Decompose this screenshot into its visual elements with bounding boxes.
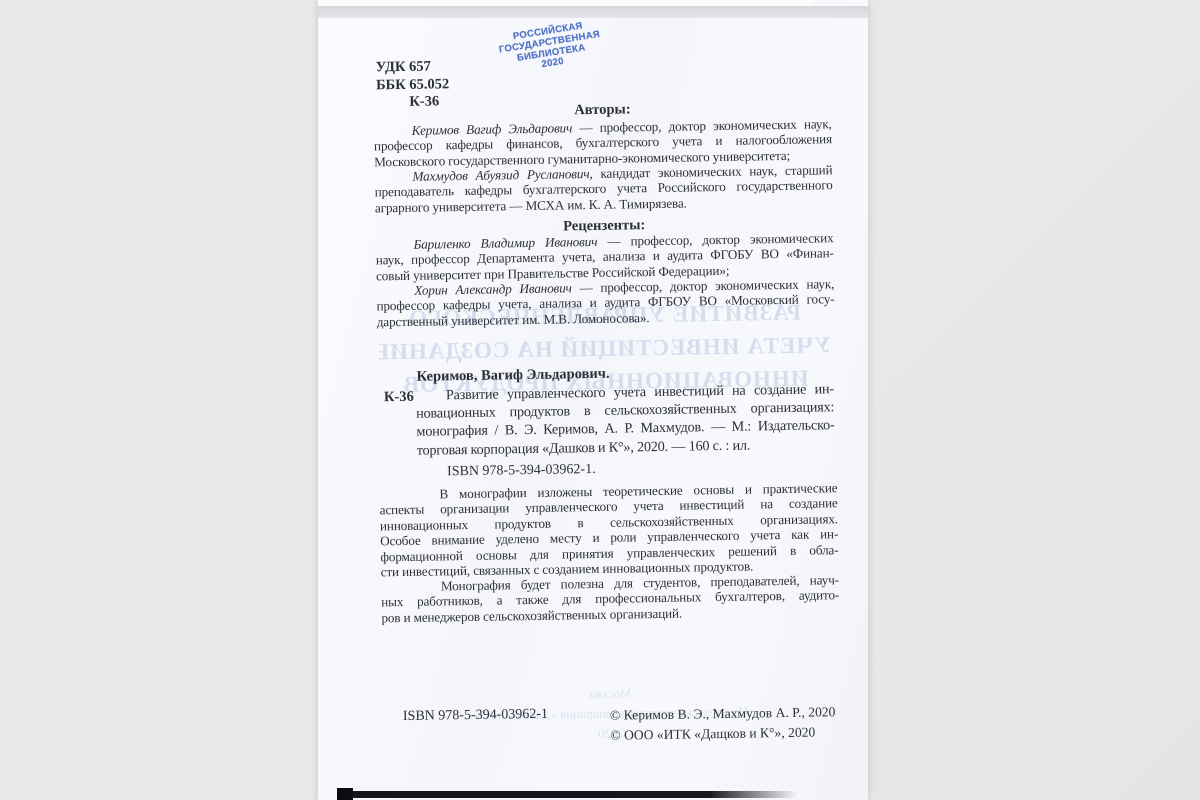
isbn-line: ISBN 978-5-394-03962-1.	[447, 462, 596, 480]
page-bottom-shadow	[340, 791, 802, 798]
annotation-paragraph: В монографии изложены теоретические осно…	[379, 480, 838, 580]
copyright-block: © Керимов В. Э., Махмудов А. Р., 2020 © …	[610, 702, 836, 746]
author-paragraph: Керимов Вагиф Эльдарович — профессор, до…	[374, 116, 833, 169]
bbk-code: ББК 65.052	[376, 76, 449, 95]
book-page: РАЗВИТИЕ УПРАВЛЕНЧЕСКОГО УЧЕТА ИНВЕСТИЦИ…	[318, 0, 868, 800]
page-content: РАЗВИТИЕ УПРАВЛЕНЧЕСКОГО УЧЕТА ИНВЕСТИЦИ…	[312, 0, 874, 800]
scan-background: РАЗВИТИЕ УПРАВЛЕНЧЕСКОГО УЧЕТА ИНВЕСТИЦИ…	[0, 0, 1200, 800]
library-stamp: РОССИЙСКАЯ ГОСУДАРСТВЕННАЯ БИБЛИОТЕКА 20…	[478, 16, 623, 80]
reviewer-paragraph: Бариленко Владимир Иванович — профессор,…	[375, 230, 834, 283]
catalog-author-heading: Керимов, Вагиф Эльдарович.	[416, 366, 609, 386]
annotation-paragraph: Монография будет полезна для студентов, …	[381, 572, 840, 625]
catalog-code: К-36	[384, 389, 414, 406]
copyright-line: © ООО «ИТК «Дащков и К°», 2020	[610, 722, 836, 746]
reviewer-paragraph: Хорин Александр Иванович — профессор, до…	[376, 276, 835, 329]
footer-isbn: ISBN 978-5-394-03962-1	[403, 707, 548, 725]
catalog-description: Развитие управленческого учета инвестици…	[416, 380, 835, 459]
page-bottom-notch	[337, 788, 353, 800]
author-paragraph: Махмудов Абуязид Русланович, кандидат эк…	[374, 162, 833, 215]
udk-code: УДК 657	[376, 58, 449, 77]
